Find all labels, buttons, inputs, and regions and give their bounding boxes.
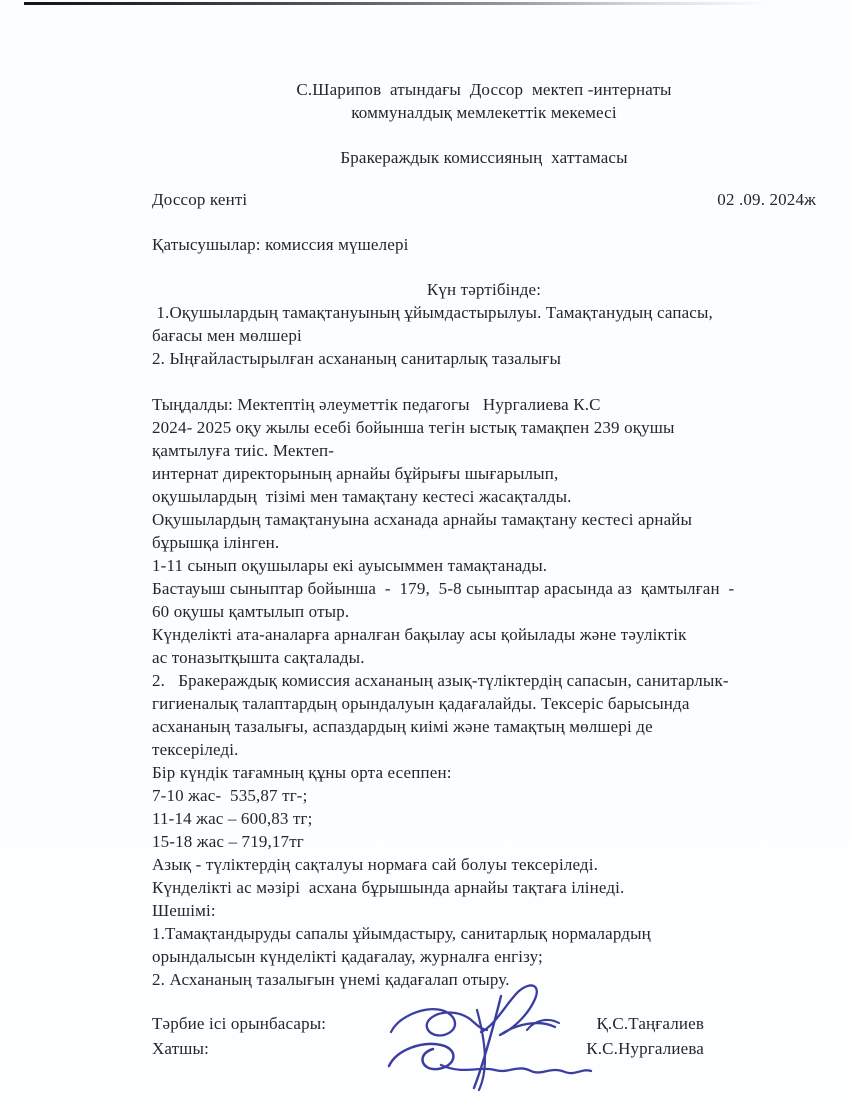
body-line: гигиеналық талаптардың орындалуын қадаға… — [152, 692, 816, 715]
document-title: Бракераждык комиссияның хаттамасы — [152, 146, 816, 169]
agenda-line: 1.Оқушылардың тамақтануының ұйымдастырыл… — [152, 301, 816, 324]
body-line: Бастауыш сыныптар бойынша - 179, 5-8 сын… — [152, 577, 816, 600]
body-line: бұрышқа ілінген. — [152, 531, 816, 554]
signature-role-label: Тәрбие ісі орынбасары: — [152, 1011, 326, 1036]
body-line: интернат директорының арнайы бұйрығы шығ… — [152, 462, 816, 485]
place-date-row: Доссор кенті 02 .09. 2024ж — [152, 188, 816, 211]
body-line: Тыңдалды: Мектептің әлеуметтік педагогы … — [152, 393, 816, 416]
body-line: Азық - түліктердің сақталуы нормаға сай … — [152, 853, 816, 876]
body-line: 1.Тамақтандыруды сапалы ұйымдастыру, сан… — [152, 922, 816, 945]
scanned-document-page: С.Шарипов атындағы Доссор мектеп -интерн… — [0, 0, 852, 1100]
body-line: орындалысын күнделікті қадағалау, журнал… — [152, 945, 816, 968]
place-label: Доссор кенті — [152, 188, 247, 211]
signature-row-secretary: Хатшы: К.С.Нургалиева — [152, 1036, 816, 1061]
body-line: тексеріледі. — [152, 738, 816, 761]
signature-role-label: Хатшы: — [152, 1036, 209, 1061]
body-line: Күнделікті ата-аналарға арналған бақылау… — [152, 623, 816, 646]
body-line: 2024- 2025 оқу жылы есебі бойынша тегін … — [152, 416, 816, 439]
signatory-name: К.С.Нургалиева — [586, 1036, 704, 1061]
signature-block: Тәрбие ісі орынбасары: Қ.С.Таңғалиев Хат… — [152, 1011, 816, 1061]
body-line: қамтылуға тиіс. Мектеп- — [152, 439, 816, 462]
signature-row-deputy: Тәрбие ісі орынбасары: Қ.С.Таңғалиев — [152, 1011, 816, 1036]
body-line: оқушылардың тізімі мен тамақтану кестесі… — [152, 485, 816, 508]
participants-line: Қатысушылар: комиссия мүшелері — [152, 233, 816, 256]
document-date: 02 .09. 2024ж — [717, 188, 816, 211]
body-line: ас тоназытқышта сақталады. — [152, 646, 816, 669]
body-line: Оқушылардың тамақтануына асханада арнайы… — [152, 508, 816, 531]
body-line: асхананың тазалығы, аспаздардың киімі жә… — [152, 715, 816, 738]
organization-name-line2: коммуналдық мемлекеттік мекемесі — [152, 101, 816, 124]
body-line: 15-18 жас – 719,17тг — [152, 830, 816, 853]
organization-header: С.Шарипов атындағы Доссор мектеп -интерн… — [152, 78, 816, 124]
organization-name-line1: С.Шарипов атындағы Доссор мектеп -интерн… — [152, 78, 816, 101]
agenda-heading: Күн тәртібінде: — [152, 278, 816, 301]
body-line: 1-11 сынып оқушылары екі ауысыммен тамақ… — [152, 554, 816, 577]
body-line: Бір күндік тағамның құны орта есеппен: — [152, 761, 816, 784]
body-line: 7-10 жас- 535,87 тг-; — [152, 784, 816, 807]
body-line: 11-14 жас – 600,83 тг; — [152, 807, 816, 830]
body-line: 2. Асхананың тазалығын үнемі қадағалап о… — [152, 968, 816, 991]
signatory-name: Қ.С.Таңғалиев — [596, 1011, 704, 1036]
agenda-line: 2. Ыңғайластырылған асхананың санитарлық… — [152, 347, 816, 370]
agenda-line: бағасы мен мөлшері — [152, 324, 816, 347]
body-line: Күнделікті ас мәзірі асхана бұрышында ар… — [152, 876, 816, 899]
document-content: С.Шарипов атындағы Доссор мектеп -интерн… — [152, 78, 816, 1061]
agenda-list: 1.Оқушылардың тамақтануының ұйымдастырыл… — [152, 301, 816, 370]
body-line: 2. Бракераждық комиссия асхананың азық-т… — [152, 669, 816, 692]
protocol-body: Тыңдалды: Мектептің әлеуметтік педагогы … — [152, 393, 816, 991]
body-line: 60 оқушы қамтылып отыр. — [152, 600, 816, 623]
body-line: Шешімі: — [152, 899, 816, 922]
scanner-edge-artifact — [24, 2, 852, 5]
